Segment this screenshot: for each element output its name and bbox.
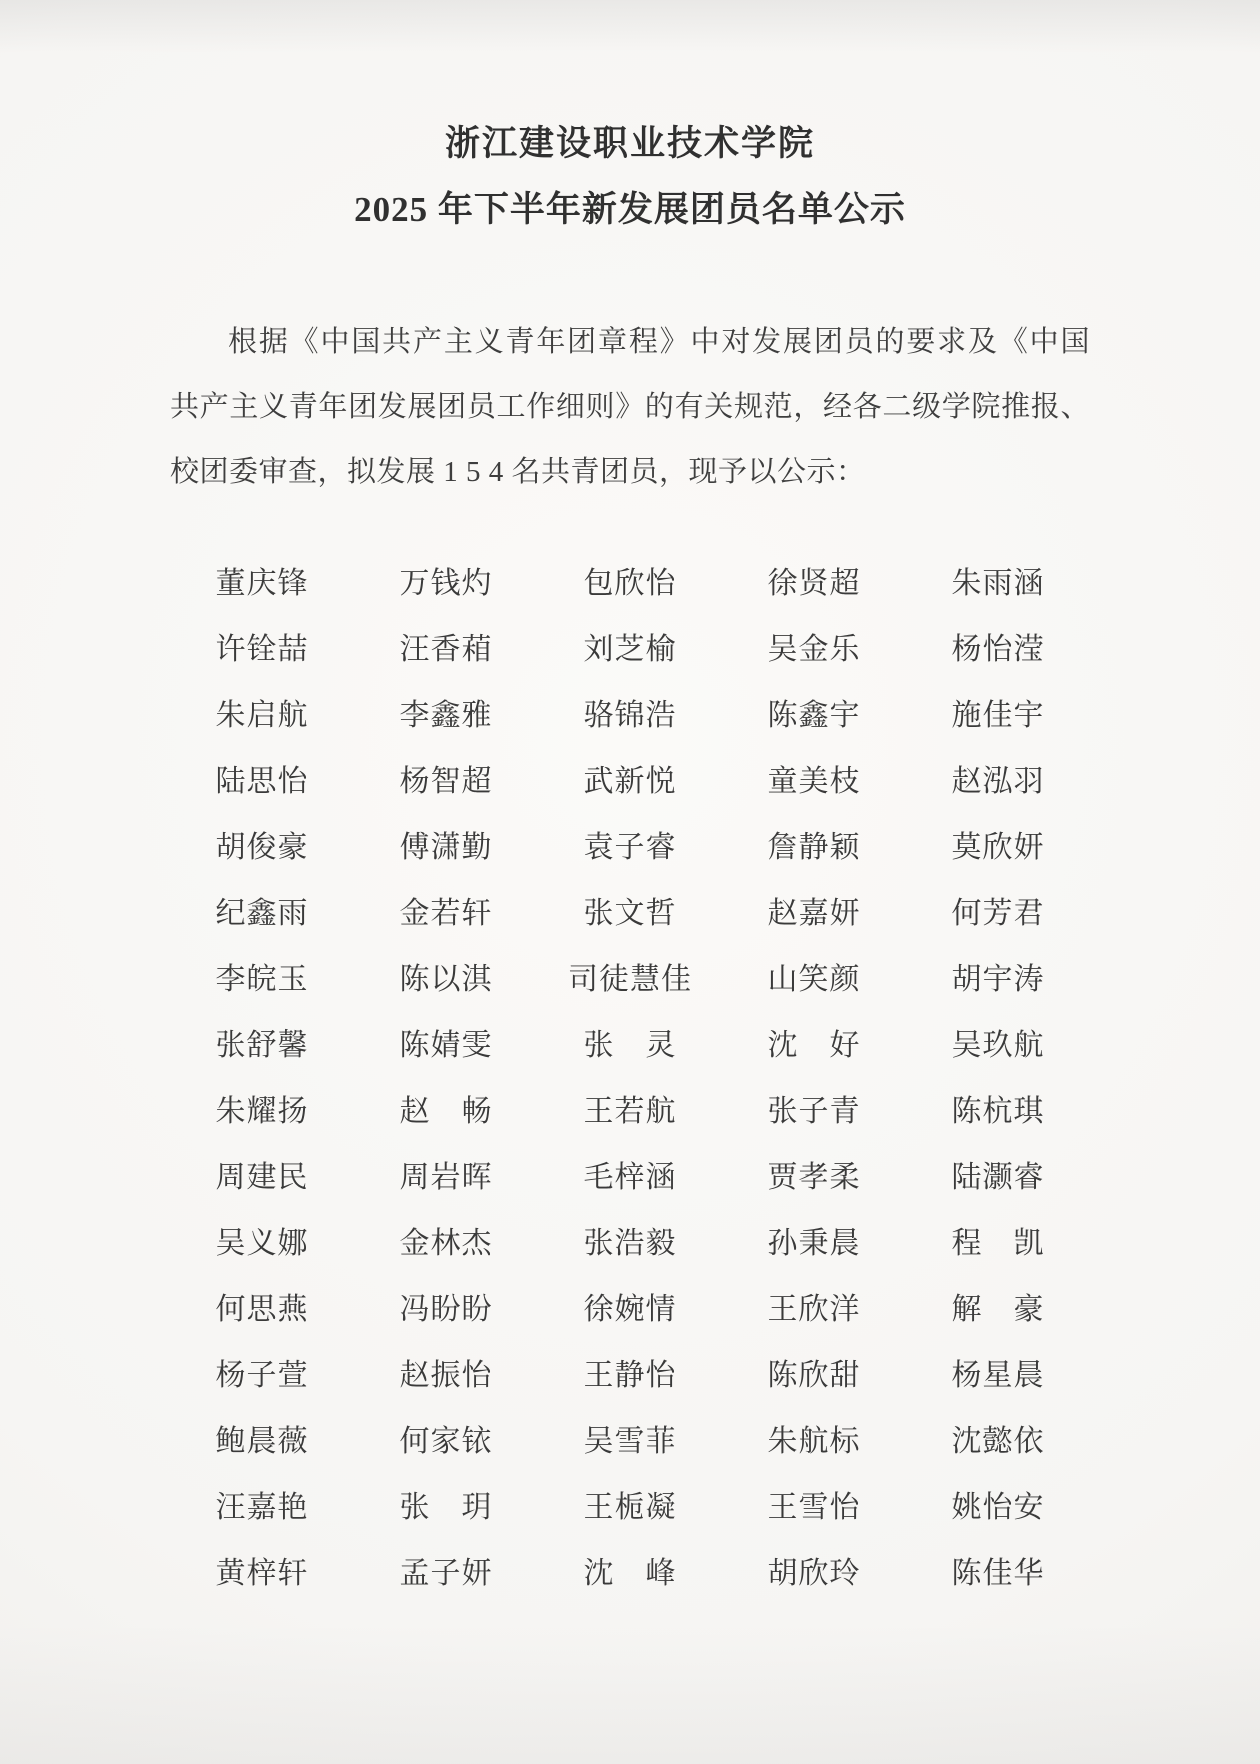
member-name: 鲍晨薇: [170, 1405, 354, 1471]
member-name: 王欣洋: [722, 1273, 906, 1339]
member-name: 武新悦: [538, 745, 722, 811]
body-line-3: 校团委审查，拟发展 1 5 4 名共青团员，现予以公示：: [170, 440, 1090, 505]
member-name: 黄梓轩: [170, 1537, 354, 1603]
member-name: 朱耀扬: [170, 1075, 354, 1141]
member-name: 董庆锋: [170, 547, 354, 613]
member-name: 莫欣妍: [906, 811, 1090, 877]
member-name: 杨智超: [354, 745, 538, 811]
member-name: 张文哲: [538, 877, 722, 943]
member-name: 张 玥: [354, 1471, 538, 1537]
member-name: 姚怡安: [906, 1471, 1090, 1537]
member-name: 张舒馨: [170, 1009, 354, 1075]
member-name: 许铨喆: [170, 613, 354, 679]
member-name: 朱启航: [170, 679, 354, 745]
member-name: 吴玖航: [906, 1009, 1090, 1075]
member-name: 陆思怡: [170, 745, 354, 811]
member-name: 陈佳华: [906, 1537, 1090, 1603]
member-name: 包欣怡: [538, 547, 722, 613]
member-name: 万钱灼: [354, 547, 538, 613]
member-name: 沈 好: [722, 1009, 906, 1075]
member-name: 何芳君: [906, 877, 1090, 943]
member-name: 吴金乐: [722, 613, 906, 679]
member-name: 张子青: [722, 1075, 906, 1141]
member-name: 骆锦浩: [538, 679, 722, 745]
member-name: 王栀凝: [538, 1471, 722, 1537]
member-name: 李鑫雅: [354, 679, 538, 745]
document-title: 浙江建设职业技术学院: [170, 118, 1090, 170]
member-name: 周岩晖: [354, 1141, 538, 1207]
body-paragraph: 根据《中国共产主义青年团章程》中对发展团员的要求及《中国共产主义青年团发展团员工…: [170, 310, 1090, 505]
member-name: 李皖玉: [170, 943, 354, 1009]
member-name: 沈 峰: [538, 1537, 722, 1603]
member-name: 山笑颜: [722, 943, 906, 1009]
member-name: 陆灏睿: [906, 1141, 1090, 1207]
member-name: 陈以淇: [354, 943, 538, 1009]
member-name: 程 凯: [906, 1207, 1090, 1273]
document-subtitle: 2025 年下半年新发展团员名单公示: [170, 184, 1090, 236]
member-name: 司徒慧佳: [538, 943, 722, 1009]
member-name-grid: 董庆锋万钱灼包欣怡徐贤超朱雨涵许铨喆汪香葙刘芝榆吴金乐杨怡滢朱启航李鑫雅骆锦浩陈…: [170, 547, 1090, 1603]
member-name: 贾孝柔: [722, 1141, 906, 1207]
member-name: 解 豪: [906, 1273, 1090, 1339]
member-name: 张 灵: [538, 1009, 722, 1075]
member-name: 赵振怡: [354, 1339, 538, 1405]
member-name: 徐贤超: [722, 547, 906, 613]
member-name: 詹静颖: [722, 811, 906, 877]
member-name: 傅潇勤: [354, 811, 538, 877]
member-name: 孟子妍: [354, 1537, 538, 1603]
member-name: 徐婉情: [538, 1273, 722, 1339]
member-name: 陈鑫宇: [722, 679, 906, 745]
member-name: 胡欣玲: [722, 1537, 906, 1603]
member-name: 汪嘉艳: [170, 1471, 354, 1537]
member-name: 何思燕: [170, 1273, 354, 1339]
member-name: 王若航: [538, 1075, 722, 1141]
member-name: 胡宇涛: [906, 943, 1090, 1009]
document-page: 浙江建设职业技术学院 2025 年下半年新发展团员名单公示 根据《中国共产主义青…: [0, 0, 1260, 1764]
member-name: 杨星晨: [906, 1339, 1090, 1405]
member-name: 金林杰: [354, 1207, 538, 1273]
member-name: 杨子萱: [170, 1339, 354, 1405]
member-name: 朱雨涵: [906, 547, 1090, 613]
member-name: 袁子睿: [538, 811, 722, 877]
member-name: 陈杭琪: [906, 1075, 1090, 1141]
member-name: 毛梓涵: [538, 1141, 722, 1207]
member-name: 王雪怡: [722, 1471, 906, 1537]
member-name: 纪鑫雨: [170, 877, 354, 943]
member-name: 杨怡滢: [906, 613, 1090, 679]
member-name: 陈欣甜: [722, 1339, 906, 1405]
member-name: 沈懿依: [906, 1405, 1090, 1471]
member-name: 金若轩: [354, 877, 538, 943]
member-name: 吴雪菲: [538, 1405, 722, 1471]
member-name: 施佳宇: [906, 679, 1090, 745]
member-name: 童美枝: [722, 745, 906, 811]
member-name: 张浩毅: [538, 1207, 722, 1273]
member-name: 周建民: [170, 1141, 354, 1207]
member-name: 孙秉晨: [722, 1207, 906, 1273]
body-line-1: 根据《中国共产主义青年团章程》中对发展团员的要求及《中国: [170, 310, 1090, 375]
member-name: 赵嘉妍: [722, 877, 906, 943]
member-name: 胡俊豪: [170, 811, 354, 877]
member-name: 刘芝榆: [538, 613, 722, 679]
member-name: 朱航标: [722, 1405, 906, 1471]
body-line-2: 共产主义青年团发展团员工作细则》的有关规范，经各二级学院推报、: [170, 375, 1090, 440]
member-name: 何家铱: [354, 1405, 538, 1471]
member-name: 吴义娜: [170, 1207, 354, 1273]
member-name: 冯盼盼: [354, 1273, 538, 1339]
member-name: 陈婧雯: [354, 1009, 538, 1075]
member-name: 王静怡: [538, 1339, 722, 1405]
member-name: 汪香葙: [354, 613, 538, 679]
member-name: 赵泓羽: [906, 745, 1090, 811]
member-name: 赵 畅: [354, 1075, 538, 1141]
